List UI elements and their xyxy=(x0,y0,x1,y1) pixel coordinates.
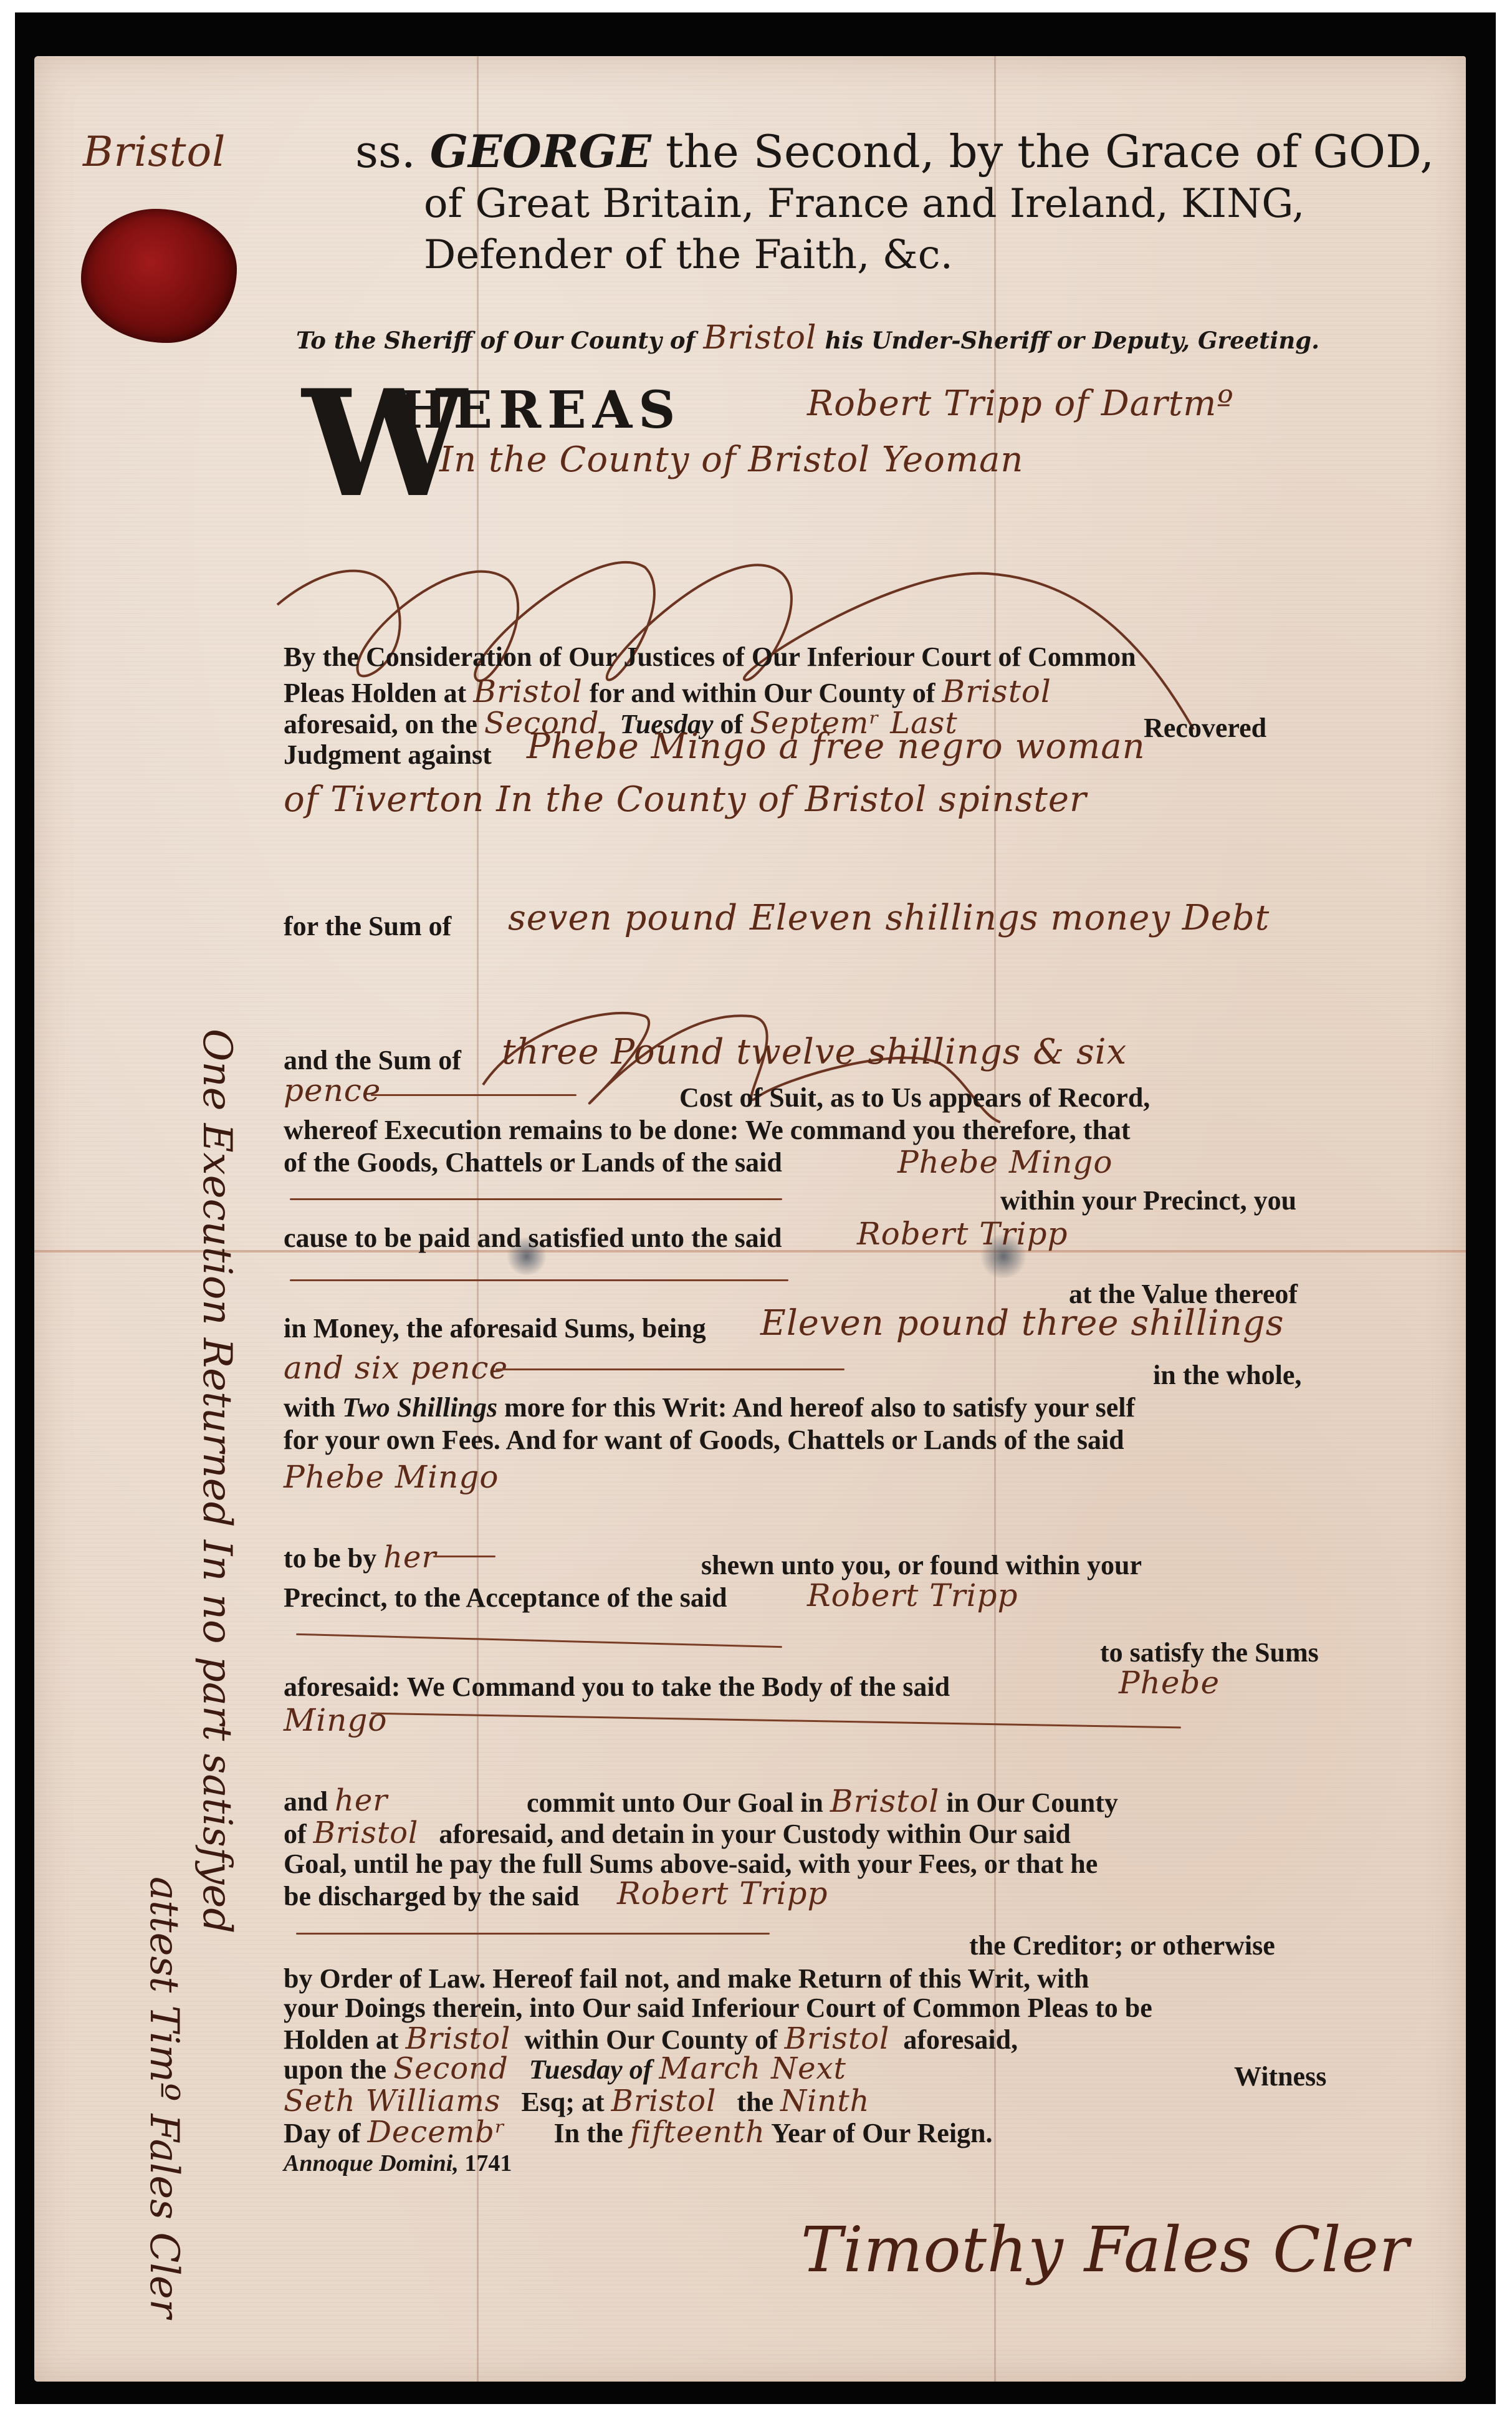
creditor-name-2: Robert Tripp xyxy=(807,1577,1018,1613)
text: Two Shillings xyxy=(342,1392,497,1423)
text: the xyxy=(737,2087,773,2117)
text: Holden at xyxy=(284,2024,399,2055)
anno-year: 1741 xyxy=(464,2150,512,2176)
fill-line xyxy=(296,1933,770,1935)
date-month: Decembʳ xyxy=(367,2115,505,2150)
margin-note-line-2: attest Timº Fales Cler xyxy=(141,1877,187,2318)
creditor-name-3: Robert Tripp xyxy=(617,1875,828,1912)
defendant-line-2: of Tiverton In the County of Bristol spi… xyxy=(284,779,1087,820)
text: Year of Our Reign. xyxy=(771,2118,992,2148)
anno-label: Annoque Domini, xyxy=(284,2150,459,2176)
text: for and within Our County of xyxy=(590,678,935,708)
address-suffix: his Under-Sheriff or Deputy, Greeting. xyxy=(825,327,1319,354)
text: to be by xyxy=(284,1543,376,1574)
text: in Our County xyxy=(946,1787,1118,1818)
fill-line xyxy=(290,1279,788,1281)
red-wax-seal xyxy=(81,209,237,343)
king-name: GEORGE xyxy=(430,125,651,178)
exec-line-7: in the whole, xyxy=(1153,1359,1301,1391)
exec-line-13: aforesaid: We Command you to take the Bo… xyxy=(284,1671,950,1703)
return-ordinal: Second xyxy=(393,2051,509,2086)
body-line-1: By the Consideration of Our Justices of … xyxy=(284,641,1136,673)
text: Pleas Holden at xyxy=(284,678,466,708)
plaintiff-line-2: In the County of Bristol Yeoman xyxy=(439,440,1023,480)
fill-line xyxy=(371,1713,1181,1729)
fill-line xyxy=(296,1633,782,1648)
court-county: Bristol xyxy=(942,673,1051,709)
whereas-rest: HEREAS xyxy=(399,380,681,440)
return-month: March Next xyxy=(659,2051,846,2086)
text: aforesaid, xyxy=(903,2024,1018,2055)
reign-year: fifteenth xyxy=(630,2115,765,2150)
goal-county: Bristol xyxy=(313,1815,419,1850)
goal-line-5: the Creditor; or otherwise xyxy=(969,1930,1275,1961)
title-line-1: ss. GEORGE the Second, by the Grace of G… xyxy=(355,125,1434,178)
plaintiff-line-1: Robert Tripp of Dartmº xyxy=(807,383,1234,424)
address-line: To the Sheriff of Our County of Bristol … xyxy=(296,319,1319,357)
total-line-2: and six pence xyxy=(284,1350,508,1386)
exec-line-8: with Two Shillings more for this Writ: A… xyxy=(284,1392,1135,1423)
return-line-1: by Order of Law. Hereof fail not, and ma… xyxy=(284,1963,1089,1994)
clerk-signature: Timothy Fales Cler xyxy=(801,2213,1410,2286)
cost-line: Cost of Suit, as to Us appears of Record… xyxy=(679,1082,1150,1113)
defendant-line-1: Phebe Mingo a free negro woman xyxy=(527,726,1146,767)
text: more for this Writ: And hereof also to s… xyxy=(504,1392,1135,1423)
fill-line xyxy=(371,1094,577,1096)
recovered-label: Recovered xyxy=(1144,712,1266,744)
text: In the xyxy=(554,2118,623,2148)
goal-place: Bristol xyxy=(830,1783,939,1819)
exec-line-12: to satisfy the Sums xyxy=(1100,1637,1319,1668)
ss-mark: ss. xyxy=(355,125,416,178)
fill-line xyxy=(290,1198,782,1200)
text: Tuesday of xyxy=(529,2054,653,2085)
witness-line: Seth Williams Esq; at Bristol the Ninth xyxy=(284,2084,870,2118)
title-line-1-rest: the Second, by the Grace of GOD, xyxy=(666,125,1434,178)
sum2-label: and the Sum of xyxy=(284,1044,461,1076)
address-county: Bristol xyxy=(703,319,816,357)
fill-line xyxy=(433,1556,495,1557)
text: upon the xyxy=(284,2054,386,2085)
text: Day of xyxy=(284,2118,360,2148)
exec-line-10: to be by her xyxy=(284,1540,436,1575)
sum1-value: seven pound Eleven shillings money Debt xyxy=(508,898,1270,938)
sum2-value-line-2: pence xyxy=(284,1072,381,1109)
sum2-value-line-1: three Pound twelve shillings & six xyxy=(502,1032,1127,1072)
date-line: Day of Decembʳ In the fifteenth Year of … xyxy=(284,2115,993,2150)
text: and xyxy=(284,1786,328,1817)
writ-document: Bristol ss. GEORGE the Second, by the Gr… xyxy=(34,56,1466,2382)
debtor-name-3a: Phebe xyxy=(1119,1665,1220,1701)
fill-line xyxy=(495,1368,845,1370)
return-line-2: your Doings therein, into Our said Infer… xyxy=(284,1992,1152,2024)
text: aforesaid, and detain in your Custody wi… xyxy=(439,1819,1070,1849)
text: within Our County of xyxy=(524,2024,777,2055)
debtor-name-3b: Mingo xyxy=(284,1702,388,1738)
exec-line-11: Precinct, to the Acceptance of the said xyxy=(284,1582,727,1613)
exec-line-9: for your own Fees. And for want of Goods… xyxy=(284,1424,1124,1456)
return-line-4: upon the Second Tuesday of March Next xyxy=(284,2051,846,2086)
witness-day: Ninth xyxy=(780,2084,869,2118)
goal-line-4: be discharged by the said xyxy=(284,1880,579,1912)
margin-note-line-1: One Execution Returned In no part satisf… xyxy=(194,1029,240,1933)
county-mark: Bristol xyxy=(83,128,226,176)
exec-line-6: in Money, the aforesaid Sums, being xyxy=(284,1312,706,1344)
judgment-label: Judgment against xyxy=(284,739,492,771)
body-line-2: Pleas Holden at Bristol for and within O… xyxy=(284,673,1051,709)
pronoun: her xyxy=(335,1783,388,1818)
text: Esq; at xyxy=(521,2087,604,2117)
goal-line-1-b: commit unto Our Goal in Bristol in Our C… xyxy=(527,1783,1118,1819)
total-line-1: Eleven pound three shillings xyxy=(760,1303,1284,1344)
exec-line-3: within your Precinct, you xyxy=(1000,1185,1296,1216)
text: of xyxy=(284,1819,307,1849)
exec-line-4: cause to be paid and satisfied unto the … xyxy=(284,1222,782,1254)
debtor-name-1: Phebe Mingo xyxy=(897,1144,1112,1180)
witness-place: Bristol xyxy=(611,2084,717,2118)
title-line-2: of Great Britain, France and Ireland, KI… xyxy=(424,181,1304,227)
creditor-name-1: Robert Tripp xyxy=(857,1216,1068,1252)
witness-label: Witness xyxy=(1234,2061,1326,2092)
address-prefix: To the Sheriff of Our County of xyxy=(296,327,695,354)
pronoun: her xyxy=(383,1540,436,1575)
text: with xyxy=(284,1392,335,1423)
goal-line-1: and her xyxy=(284,1783,388,1818)
text: commit unto Our Goal in xyxy=(527,1787,823,1818)
goal-line-2: of Bristol aforesaid, and detain in your… xyxy=(284,1815,1071,1850)
witness-name: Seth Williams xyxy=(284,2084,500,2118)
title-line-3: Defender of the Faith, &c. xyxy=(424,232,953,278)
exec-line-2: of the Goods, Chattels or Lands of the s… xyxy=(284,1147,782,1178)
text: aforesaid, on the xyxy=(284,709,477,739)
exec-line-1: whereof Execution remains to be done: We… xyxy=(284,1114,1131,1146)
exec-line-10-b: shewn unto you, or found within your xyxy=(701,1549,1142,1581)
court-place: Bristol xyxy=(473,673,582,709)
anno-domini-line: Annoque Domini, 1741 xyxy=(284,2150,512,2177)
sum1-label: for the Sum of xyxy=(284,910,451,942)
debtor-name-2: Phebe Mingo xyxy=(284,1459,499,1495)
